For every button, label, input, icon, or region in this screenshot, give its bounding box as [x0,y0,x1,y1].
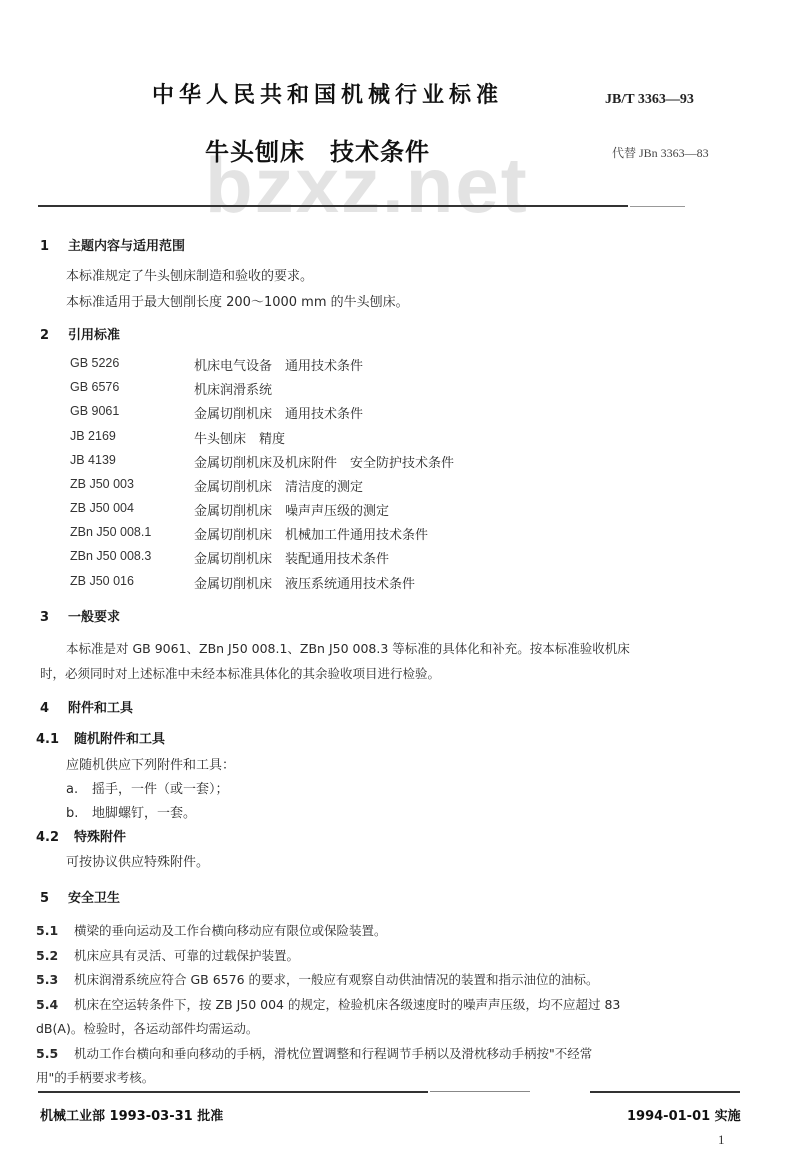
subsection-number: 4.2 [36,830,74,845]
clause-continued: 用"的手柄要求考核。 [36,1068,154,1086]
section-number: 1 [40,239,68,254]
list-marker: a. [66,782,92,797]
ref-title: 金属切削机床 装配通用技术条件 [194,548,389,567]
list-item: a.摇手，一件（或一套）； [66,778,229,797]
paragraph-continued: 时，必须同时对上述标准中未经本标准具体化的其余验收项目进行检验。 [40,664,440,682]
approval-date: 机械工业部 1993-03-31 批准 [40,1105,223,1124]
paragraph: 本标准是对 GB 9061、ZBn J50 008.1、ZBn J50 008.… [66,639,630,657]
clause-item: 5.1横梁的垂向运动及工作台横向移动应有限位或保险装置。 [36,921,387,939]
list-text: 摇手，一件（或一套）； [92,782,229,797]
paragraph: 可按协议供应特殊附件。 [66,851,209,870]
footer-rule [38,1091,428,1093]
section-2-heading: 2引用标准 [40,324,120,343]
clause-number: 5.4 [36,997,74,1012]
paragraph: 本标准适用于最大刨削长度 200～1000 mm 的牛头刨床。 [66,291,409,310]
clause-text: 机动工作台横向和垂向移动的手柄，滑枕位置调整和行程调节手柄以及滑枕移动手柄按"不… [74,1046,592,1061]
section-4-heading: 4附件和工具 [40,697,133,716]
ref-code: GB 5226 [70,356,119,370]
ref-code: JB 4139 [70,453,116,467]
subsection-4-1-heading: 4.1随机附件和工具 [36,728,165,747]
subsection-title: 特殊附件 [74,830,126,845]
org-title: 中华人民共和国机械行业标准 [152,78,503,109]
clause-text: 横梁的垂向运动及工作台横向移动应有限位或保险装置。 [74,923,387,938]
clause-item: 5.5机动工作台横向和垂向移动的手柄，滑枕位置调整和行程调节手柄以及滑枕移动手柄… [36,1044,592,1062]
clause-number: 5.5 [36,1046,74,1061]
ref-code: ZB J50 016 [70,574,134,588]
page-number: 1 [718,1132,725,1148]
clause-continued: dB(A)。检验时，各运动部件均需运动。 [36,1019,258,1037]
clause-text: 机床润滑系统应符合 GB 6576 的要求，一般应有观察自动供油情况的装置和指示… [74,972,599,987]
paragraph: 本标准规定了牛头刨床制造和验收的要求。 [66,265,313,284]
section-title: 一般要求 [68,610,120,625]
document-title: 牛头刨床 技术条件 [205,132,430,167]
ref-code: JB 2169 [70,429,116,443]
clause-number: 5.1 [36,923,74,938]
standard-code: JB/T 3363—93 [605,92,694,108]
section-number: 4 [40,701,68,716]
ref-code: ZBn J50 008.1 [70,525,151,539]
ref-title: 金属切削机床及机床附件 安全防护技术条件 [194,452,454,471]
subsection-4-2-heading: 4.2特殊附件 [36,826,126,845]
header-rule-faint [630,206,685,207]
list-text: 地脚螺钉，一套。 [92,806,196,821]
list-marker: b. [66,806,92,821]
section-title: 引用标准 [68,328,120,343]
footer-rule-right [590,1091,740,1093]
ref-code: ZB J50 004 [70,501,134,515]
subsection-number: 4.1 [36,732,74,747]
section-1-heading: 1主题内容与适用范围 [40,235,185,254]
section-title: 安全卫生 [68,891,120,906]
clause-item: 5.2机床应具有灵活、可靠的过载保护装置。 [36,946,299,964]
ref-title: 牛头刨床 精度 [194,428,285,447]
header-rule [38,205,628,207]
ref-code: GB 6576 [70,380,119,394]
ref-title: 机床润滑系统 [194,379,272,398]
section-3-heading: 3一般要求 [40,606,120,625]
section-5-heading: 5安全卫生 [40,887,120,906]
ref-code: ZB J50 003 [70,477,134,491]
clause-item: 5.4机床在空运转条件下，按 ZB J50 004 的规定，检验机床各级速度时的… [36,995,620,1013]
footer-rule-faint [430,1091,530,1092]
clause-text: 机床应具有灵活、可靠的过载保护装置。 [74,948,299,963]
clause-number: 5.3 [36,972,74,987]
ref-title: 金属切削机床 机械加工件通用技术条件 [194,524,428,543]
section-title: 主题内容与适用范围 [68,239,185,254]
ref-code: GB 9061 [70,404,119,418]
subsection-title: 随机附件和工具 [74,732,165,747]
section-number: 2 [40,328,68,343]
ref-code: ZBn J50 008.3 [70,549,151,563]
section-title: 附件和工具 [68,701,133,716]
paragraph: 应随机供应下列附件和工具： [66,754,235,773]
clause-text: 机床在空运转条件下，按 ZB J50 004 的规定，检验机床各级速度时的噪声声… [74,997,620,1012]
section-number: 3 [40,610,68,625]
clause-item: 5.3机床润滑系统应符合 GB 6576 的要求，一般应有观察自动供油情况的装置… [36,970,599,988]
effective-date: 1994-01-01 实施 [627,1105,741,1124]
ref-title: 金属切削机床 噪声声压级的测定 [194,500,389,519]
list-item: b.地脚螺钉，一套。 [66,802,196,821]
ref-title: 机床电气设备 通用技术条件 [194,355,363,374]
section-number: 5 [40,891,68,906]
ref-title: 金属切削机床 通用技术条件 [194,403,363,422]
ref-title: 金属切削机床 清洁度的测定 [194,476,363,495]
replaces-note: 代替 JBn 3363—83 [612,144,709,161]
clause-number: 5.2 [36,948,74,963]
ref-title: 金属切削机床 液压系统通用技术条件 [194,573,415,592]
